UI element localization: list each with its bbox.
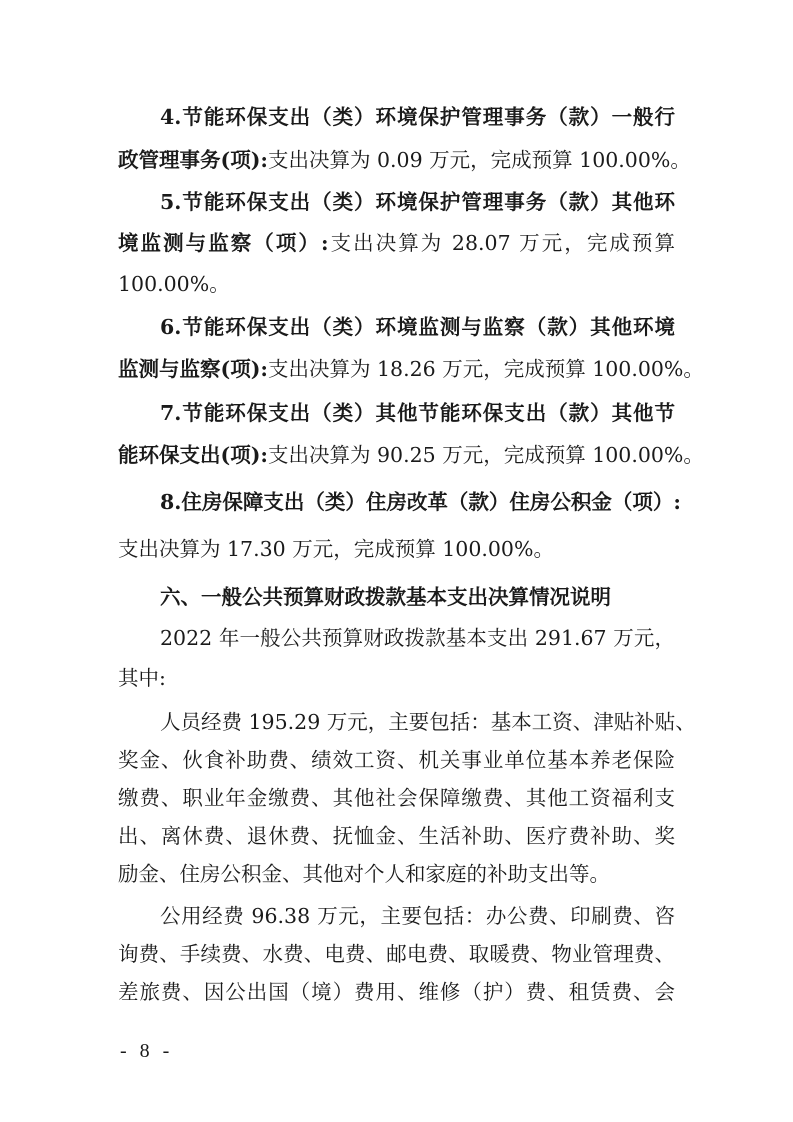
personnel-expenses-line: 缴费、职业年金缴费、其他社会保障缴费、其他工资福利支 bbox=[118, 784, 675, 812]
item-5-heading-cont: 境监测与监察（项）: bbox=[118, 231, 329, 255]
item-5-completion: 100.00%。 bbox=[118, 270, 675, 298]
item-6-detail: 监测与监察(项):支出决算为 18.26 万元，完成预算 100.00%。 bbox=[118, 355, 675, 383]
public-expenses-line: 询费、手续费、水费、电费、邮电费、取暖费、物业管理费、 bbox=[118, 940, 675, 968]
item-5-heading: 5.节能环保支出（类）环境保护管理事务（款）其他环 bbox=[160, 188, 675, 216]
item-8-heading: 8.住房保障支出（类）住房改革（款）住房公积金（项）: bbox=[160, 488, 675, 516]
item-4-detail: 政管理事务(项):支出决算为 0.09 万元，完成预算 100.00%。 bbox=[118, 146, 675, 174]
item-6-heading: 6.节能环保支出（类）环境监测与监察（款）其他环境 bbox=[160, 313, 675, 341]
personnel-expenses-line: 励金、住房公积金、其他对个人和家庭的补助支出等。 bbox=[118, 860, 675, 888]
item-6-amount-text: 支出决算为 18.26 万元，完成预算 100.00%。 bbox=[268, 357, 704, 381]
section-6-intro: 2022 年一般公共预算财政拨款基本支出 291.67 万元， bbox=[160, 624, 675, 652]
item-7-heading-cont: 能环保支出(项): bbox=[118, 443, 268, 467]
item-6-heading-cont: 监测与监察(项): bbox=[118, 357, 268, 381]
item-4-heading-cont: 政管理事务(项): bbox=[118, 148, 268, 172]
personnel-expenses-line: 出、离休费、退休费、抚恤金、生活补助、医疗费补助、奖 bbox=[118, 822, 675, 850]
page-number: - 8 - bbox=[120, 1038, 173, 1064]
item-5-amount-text: 支出决算为 28.07 万元，完成预算 bbox=[329, 231, 675, 255]
document-page: 4.节能环保支出（类）环境保护管理事务（款）一般行 政管理事务(项):支出决算为… bbox=[0, 0, 793, 1122]
item-8-detail: 支出决算为 17.30 万元，完成预算 100.00%。 bbox=[118, 535, 675, 563]
personnel-expenses-line: 奖金、伙食补助费、绩效工资、机关事业单位基本养老保险 bbox=[118, 746, 675, 774]
item-5-detail: 境监测与监察（项）:支出决算为 28.07 万元，完成预算 bbox=[118, 229, 675, 257]
item-7-amount-text: 支出决算为 90.25 万元，完成预算 100.00%。 bbox=[268, 443, 704, 467]
item-4-heading: 4.节能环保支出（类）环境保护管理事务（款）一般行 bbox=[160, 103, 675, 131]
public-expenses-line: 公用经费 96.38 万元，主要包括：办公费、印刷费、咨 bbox=[160, 902, 675, 930]
item-7-detail: 能环保支出(项):支出决算为 90.25 万元，完成预算 100.00%。 bbox=[118, 441, 675, 469]
public-expenses-line: 差旅费、因公出国（境）费用、维修（护）费、租赁费、会 bbox=[118, 978, 675, 1006]
item-4-amount-text: 支出决算为 0.09 万元，完成预算 100.00%。 bbox=[268, 148, 691, 172]
section-6-intro-cont: 其中: bbox=[118, 664, 675, 692]
item-7-heading: 7.节能环保支出（类）其他节能环保支出（款）其他节 bbox=[160, 399, 675, 427]
personnel-expenses-line: 人员经费 195.29 万元，主要包括：基本工资、津贴补贴、 bbox=[160, 708, 675, 736]
section-6-title: 六、一般公共预算财政拨款基本支出决算情况说明 bbox=[160, 583, 675, 611]
